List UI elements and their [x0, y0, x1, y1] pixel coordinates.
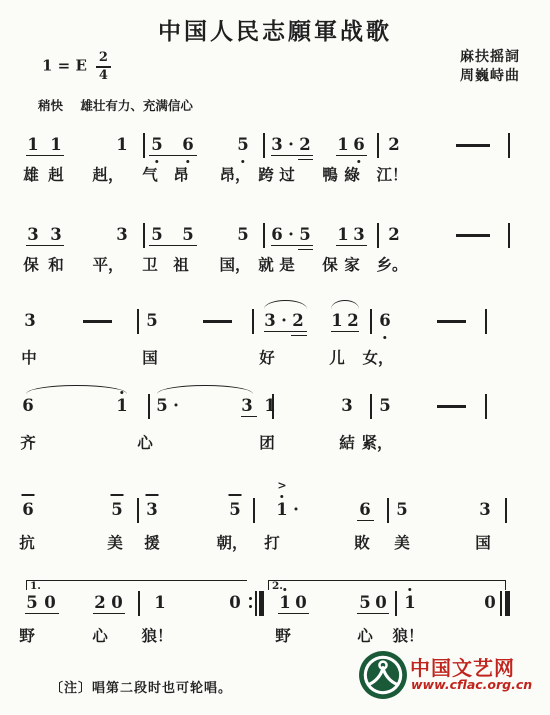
note: 2: [347, 312, 358, 330]
barline: [143, 223, 145, 248]
lyric: 雄: [23, 163, 39, 185]
note: 5: [229, 501, 240, 519]
octave-dot-low: [383, 336, 386, 339]
lyric: 气: [142, 163, 158, 185]
cflac-logo-icon: [358, 650, 408, 700]
note: 3: [116, 226, 127, 244]
note: 1: [264, 397, 275, 415]
note: 5: [182, 226, 193, 244]
lyric: 乡。: [376, 253, 407, 275]
lyric: 和: [48, 253, 64, 275]
note: 1: [337, 226, 348, 244]
note: ·: [288, 226, 294, 244]
note: 0: [375, 594, 386, 612]
half-note-dash: [203, 320, 232, 323]
beat-beam: [26, 155, 64, 156]
note: 1: [116, 397, 127, 415]
note: 1: [404, 594, 415, 612]
system-3: 353·2126中国好儿女，: [0, 312, 550, 382]
half-note-dash: [437, 320, 466, 323]
lyric: 美: [394, 531, 410, 553]
note: 3: [27, 226, 38, 244]
beat-beam: [149, 155, 197, 156]
barline: [508, 223, 510, 248]
half-note-dash: [456, 234, 490, 237]
repeat-dot: [249, 605, 252, 608]
barline: [508, 133, 510, 158]
lyric: 狼！: [392, 624, 423, 646]
note: 5: [146, 312, 157, 330]
lyric: 狼！: [141, 624, 172, 646]
beat-beam: [271, 155, 313, 156]
beat-beam: [357, 613, 389, 614]
lyric: 綠: [344, 163, 360, 185]
barline: [143, 133, 145, 158]
note: 3: [50, 226, 61, 244]
barline: [370, 394, 372, 419]
barline: [138, 591, 140, 616]
note: 5: [237, 226, 248, 244]
note: 5: [237, 136, 248, 154]
note: 0: [44, 594, 55, 612]
beat-beam: [336, 155, 367, 156]
lyric: 是: [279, 253, 295, 275]
note: 3: [241, 397, 252, 415]
volta-label: 1.: [30, 580, 41, 592]
lyric: 江！: [376, 163, 407, 185]
note: 1: [337, 136, 348, 154]
note: 0: [111, 594, 122, 612]
lyric: 卫: [142, 253, 158, 275]
volta-bracket: 1.: [26, 580, 247, 590]
lyric: 女，: [362, 346, 393, 368]
note: 3: [146, 501, 157, 519]
note: 6: [22, 397, 33, 415]
note: 2: [388, 136, 399, 154]
lyric: 昂: [173, 163, 189, 185]
tenuto-mark: [229, 494, 242, 496]
lyric: 赳: [48, 163, 64, 185]
repeat-barline-thick: [259, 591, 264, 616]
barline: [377, 133, 379, 158]
lyric: 国: [142, 346, 158, 368]
lyric: 朝，: [216, 531, 247, 553]
barline: [148, 394, 150, 419]
footnote: 〔注〕唱第二段时也可轮唱。: [50, 677, 232, 696]
note: 2: [94, 594, 105, 612]
system-5: 65351>·653抗美援朝，打敗美国: [0, 501, 550, 571]
beat-beam: [25, 613, 59, 614]
lyric: 团: [259, 431, 275, 453]
watermark: 中国文艺网 www.cflac.org.cn: [358, 650, 550, 710]
lyric: 过: [279, 163, 295, 185]
octave-dot-high: [408, 588, 411, 591]
note: 1: [331, 312, 342, 330]
lyric: 美: [107, 531, 123, 553]
note: 5: [156, 397, 167, 415]
lyric: 平，: [92, 253, 123, 275]
repeat-barline-thin: [255, 591, 257, 616]
beat-beam: [271, 245, 313, 246]
note: 0: [295, 594, 306, 612]
beat-beam: [26, 245, 64, 246]
note: 5: [151, 226, 162, 244]
lyric: 鴨: [322, 163, 338, 185]
note: 3: [341, 397, 352, 415]
system-1: 1115653·2162雄赳赳，气昂昂，跨过鴨綠江！: [0, 136, 550, 206]
barline: [137, 309, 139, 334]
note: 0: [484, 594, 495, 612]
note: 1: [279, 594, 290, 612]
note: 6: [271, 226, 282, 244]
barline: [370, 309, 372, 334]
barline: [485, 309, 487, 334]
barline: [505, 498, 507, 523]
barline: [395, 591, 397, 616]
note: 1: [50, 136, 61, 154]
sheet-music-page: 中国人民志願軍战歌 1 = E24 麻扶摇詞 周巍峙曲 稍快 雄壮有力、充满信心…: [0, 0, 550, 715]
beat-beam: [93, 613, 125, 614]
lyric: 中: [21, 346, 37, 368]
note: 5: [379, 397, 390, 415]
note: 2: [292, 312, 303, 330]
lyric: 紧，: [361, 431, 392, 453]
beat-beam: [331, 331, 359, 332]
lyric: 赳，: [92, 163, 123, 185]
lyric: 敗: [354, 531, 370, 553]
note: 5: [26, 594, 37, 612]
barline: [252, 309, 254, 334]
lyric: 跨: [258, 163, 274, 185]
beat-beam: [264, 331, 307, 332]
lyric: 保: [23, 253, 39, 275]
note: 5: [111, 501, 122, 519]
lyric: 保: [322, 253, 338, 275]
half-note-dash: [437, 405, 466, 408]
note: 5: [299, 226, 310, 244]
note: 6: [353, 136, 364, 154]
lyric: 昂，: [219, 163, 250, 185]
note: 2: [388, 226, 399, 244]
note: 1: [276, 501, 287, 519]
lyric: 齐: [20, 431, 36, 453]
note: ·: [293, 501, 299, 519]
note: 0: [229, 594, 240, 612]
lyric: 国，: [219, 253, 250, 275]
beat-beam: [278, 613, 309, 614]
slur: [331, 300, 359, 309]
system-2: 3335556·5132保和平，卫祖国，就是保家乡。: [0, 226, 550, 296]
lyric: 野: [275, 624, 291, 646]
note: 5: [151, 136, 162, 154]
lyric: 儿: [329, 346, 345, 368]
note: 6: [182, 136, 193, 154]
lyric: 結: [339, 431, 355, 453]
repeat-dot: [249, 597, 252, 600]
note: 3: [271, 136, 282, 154]
note: 3: [24, 312, 35, 330]
beat-beam: [149, 245, 197, 246]
barline: [387, 498, 389, 523]
note: 6: [359, 501, 370, 519]
note: ·: [288, 136, 294, 154]
volta-label: 2.: [272, 580, 283, 592]
slur: [264, 300, 307, 309]
score-area: 1115653·2162雄赳赳，气昂昂，跨过鴨綠江！3335556·5132保和…: [0, 0, 550, 715]
note: 6: [379, 312, 390, 330]
note: ·: [281, 312, 287, 330]
note: 1: [116, 136, 127, 154]
half-note-dash: [83, 320, 112, 323]
barline: [377, 223, 379, 248]
barline: [485, 394, 487, 419]
note: 5: [359, 594, 370, 612]
barline: [253, 498, 255, 523]
note: 3: [353, 226, 364, 244]
note: 1: [154, 594, 165, 612]
system-4: 615·3135齐心团結紧，: [0, 397, 550, 467]
lyric: 好: [259, 346, 275, 368]
beat-beam: [357, 520, 374, 521]
barline: [263, 223, 265, 248]
note: 2: [299, 136, 310, 154]
octave-dot-high: [280, 495, 283, 498]
lyric: 心: [92, 624, 108, 646]
barline: [263, 133, 265, 158]
final-barline-thin: [500, 591, 502, 616]
watermark-site-url: www.cflac.org.cn: [411, 677, 532, 692]
tenuto-mark: [146, 494, 159, 496]
sixteenth-beam: [298, 249, 313, 250]
note: 5: [396, 501, 407, 519]
note: 3: [264, 312, 275, 330]
lyric: 就: [258, 253, 274, 275]
lyric: 心: [137, 431, 153, 453]
slur: [26, 385, 127, 394]
note: 6: [22, 501, 33, 519]
slur: [157, 385, 253, 394]
lyric: 祖: [173, 253, 189, 275]
note: 1: [27, 136, 38, 154]
barline: [137, 498, 139, 523]
note: ·: [173, 397, 179, 415]
sixteenth-beam: [291, 335, 307, 336]
lyric: 野: [19, 624, 35, 646]
octave-dot-high: [283, 588, 286, 591]
note: 3: [479, 501, 490, 519]
beat-beam: [336, 245, 367, 246]
volta-bracket: 2.: [268, 580, 506, 590]
lyric: 心: [357, 624, 373, 646]
tenuto-mark: [22, 494, 35, 496]
lyric: 国: [475, 531, 491, 553]
accent-mark: >: [277, 479, 286, 492]
lyric: 援: [144, 531, 160, 553]
half-note-dash: [456, 144, 490, 147]
final-barline-thick: [505, 591, 510, 616]
lyric: 家: [344, 253, 360, 275]
beat-beam: [241, 416, 257, 417]
tenuto-mark: [111, 494, 124, 496]
lyric: 抗: [19, 531, 35, 553]
sixteenth-beam: [298, 159, 313, 160]
lyric: 打: [264, 531, 280, 553]
